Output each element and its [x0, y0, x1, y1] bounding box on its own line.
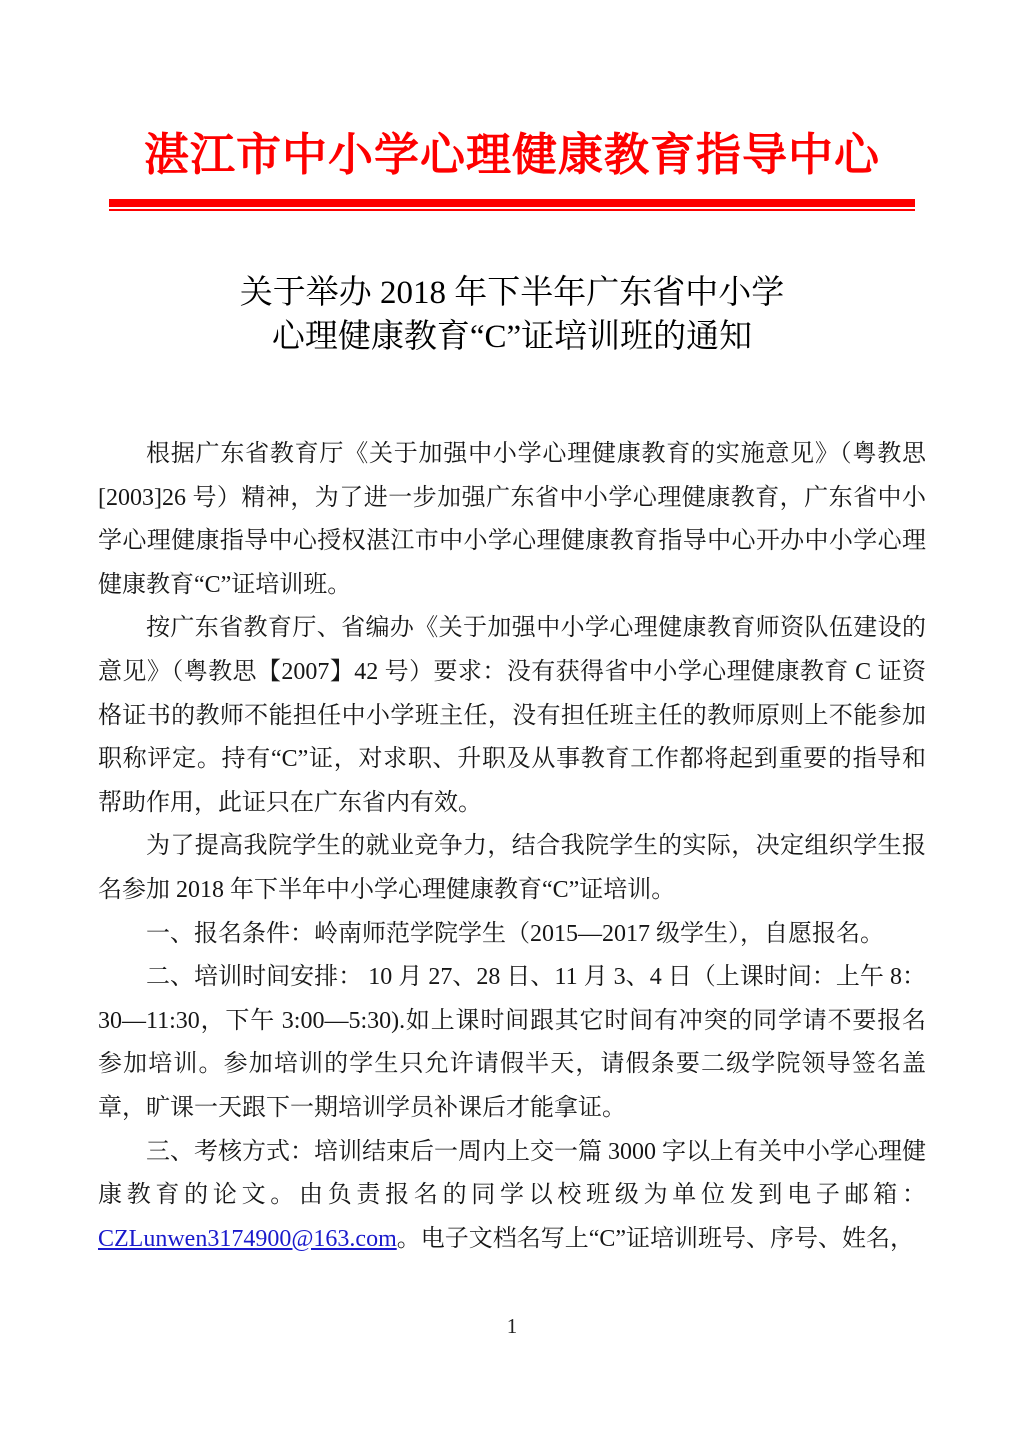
doc-title: 关于举办 2018 年下半年广东省中小学 心理健康教育“C”证培训班的通知	[98, 271, 926, 359]
page-footer: 1	[0, 1314, 1024, 1339]
paragraph-item3-assessment: 三、考核方式：培训结束后一周内上交一篇 3000 字以上有关中小学心理健康教育的…	[98, 1131, 926, 1262]
red-divider-thick-line	[109, 199, 915, 207]
paragraph-basis-2: 按广东省教育厅、省编办《关于加强中小学心理健康教育师资队伍建设的意见》（粤教思【…	[98, 607, 926, 825]
letterhead-org-title: 湛江市中小学心理健康教育指导中心	[98, 0, 926, 184]
assessment-text-before-email: 三、考核方式：培训结束后一周内上交一篇 3000 字以上有关中小学心理健康教育的…	[98, 1139, 926, 1209]
red-divider	[109, 199, 915, 211]
page-number: 1	[507, 1314, 518, 1338]
paragraph-purpose: 为了提高我院学生的就业竞争力，结合我院学生的实际，决定组织学生报名参加 2018…	[98, 825, 926, 912]
paragraph-basis-1: 根据广东省教育厅《关于加强中小学心理健康教育的实施意见》（粤教思[2003]26…	[98, 433, 926, 607]
paragraph-item1-eligibility: 一、报名条件：岭南师范学院学生（2015—2017 级学生），自愿报名。	[98, 913, 926, 957]
assessment-text-after-email: 。电子文档名写上“C”证培训班号、序号、姓名，	[397, 1226, 914, 1252]
doc-title-line2: 心理健康教育“C”证培训班的通知	[98, 315, 926, 359]
email-link[interactable]: CZLunwen3174900@163.com	[98, 1226, 397, 1252]
red-divider-thin-line	[109, 209, 915, 211]
document-page: 湛江市中小学心理健康教育指导中心 关于举办 2018 年下半年广东省中小学 心理…	[0, 0, 1024, 1448]
doc-title-line1: 关于举办 2018 年下半年广东省中小学	[98, 271, 926, 315]
doc-body: 根据广东省教育厅《关于加强中小学心理健康教育的实施意见》（粤教思[2003]26…	[98, 433, 926, 1261]
paragraph-item2-schedule: 二、培训时间安排： 10 月 27、28 日、11 月 3、4 日（上课时间：上…	[98, 956, 926, 1130]
